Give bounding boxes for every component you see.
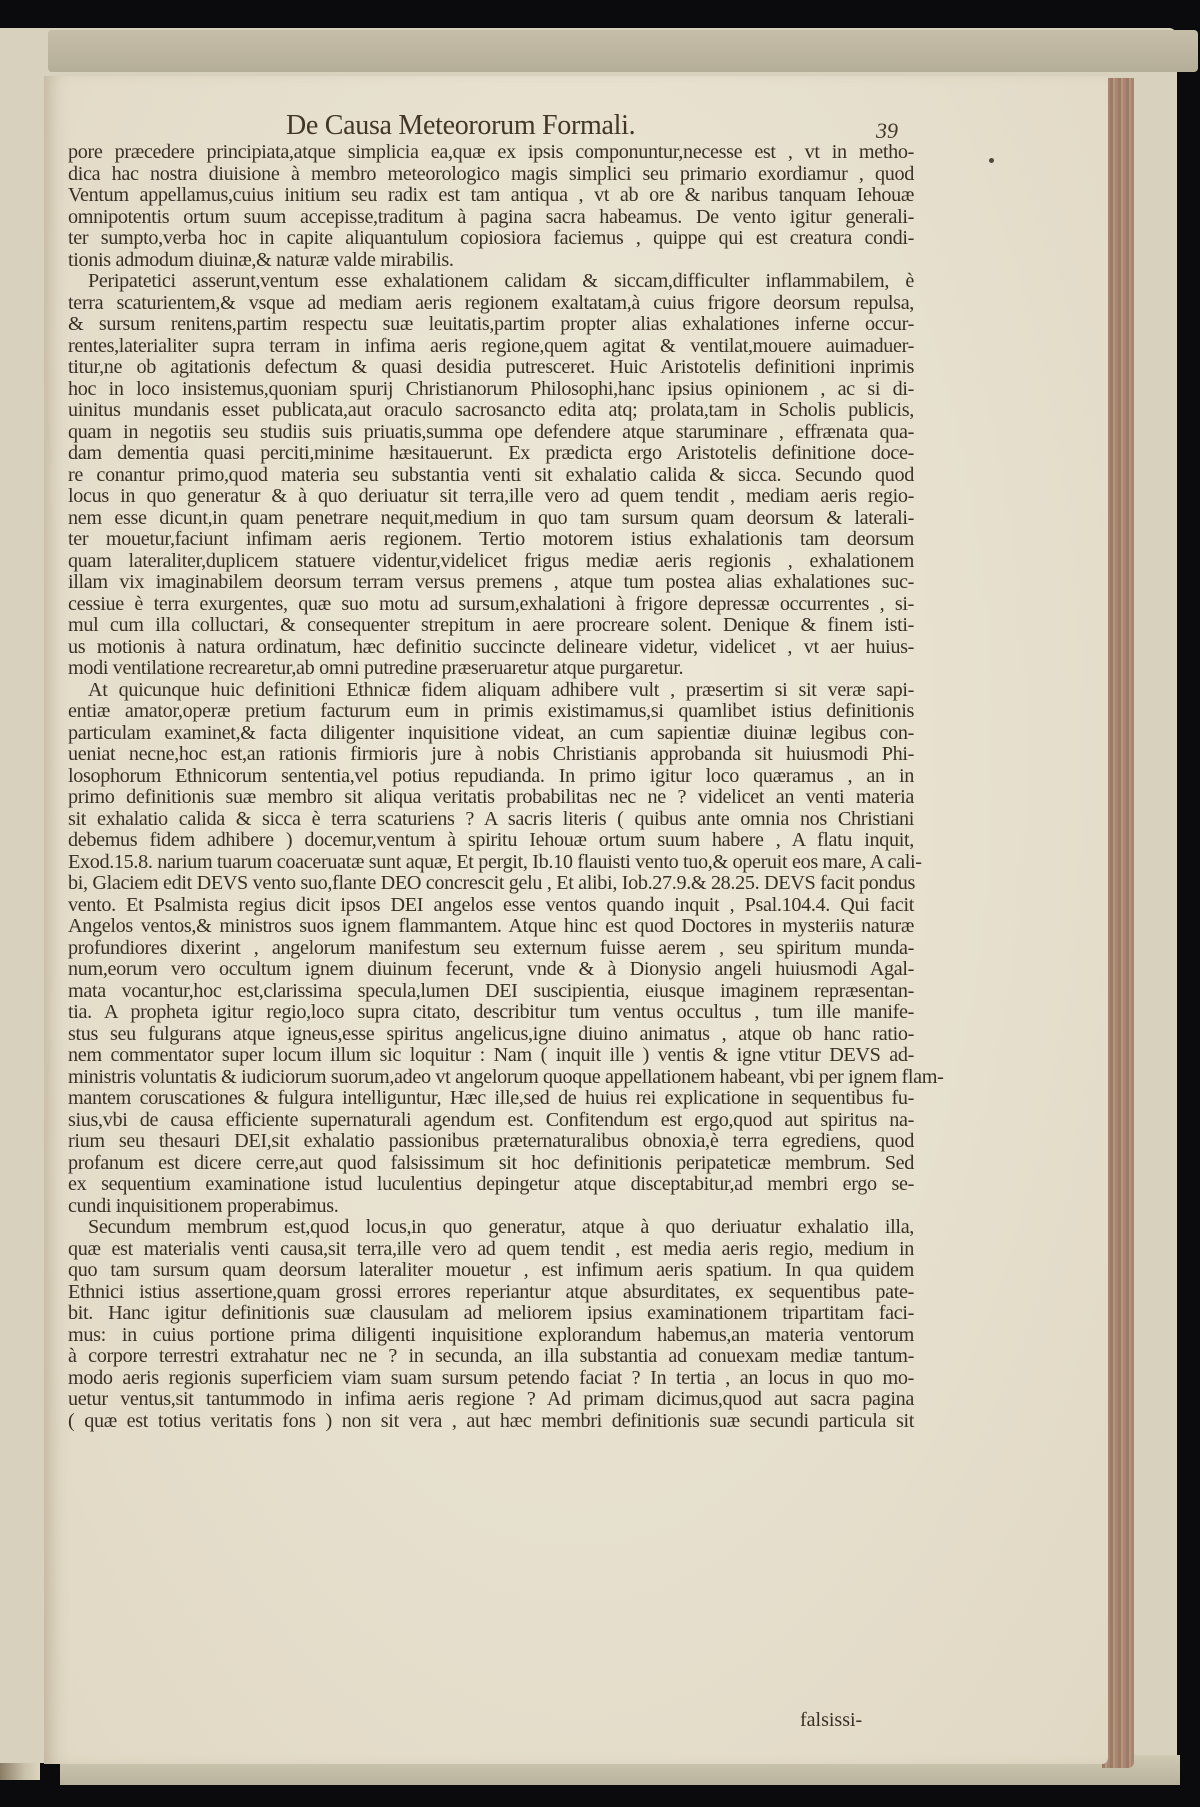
- text-line: vento. Et Psalmista regius dicit ipsos D…: [68, 895, 914, 917]
- cover-top-edge: [48, 30, 1198, 72]
- text-line: rium seu thesauri DEI,sit exhalatio pass…: [68, 1131, 914, 1153]
- text-line: & sursum renitens,partim respectu suæ le…: [68, 314, 914, 336]
- running-head: De Causa Meteororum Formali.: [286, 110, 635, 142]
- text-line: sit exhalatio calida & sicca è terra sca…: [68, 809, 914, 831]
- catchword: falsissi-: [800, 1709, 862, 1732]
- text-line: ex sequentium examinatione istud luculen…: [68, 1174, 914, 1196]
- text-line: cessiue è terra exurgentes, quæ suo motu…: [68, 594, 914, 616]
- text-line: modo aeris regionis superficiem viam sua…: [68, 1368, 914, 1390]
- text-line: primo definitionis suæ membro sit aliqua…: [68, 787, 914, 809]
- text-line: re conantur primo,quod materia seu subst…: [68, 465, 914, 487]
- ink-speck: [989, 158, 994, 163]
- text-line: dam dementia quasi perciti,minime hæsita…: [68, 443, 914, 465]
- text-line: stus seu fulgurans atque igneus,esse spi…: [68, 1024, 914, 1046]
- text-line: Exod.15.8. narium tuarum coaceruatæ sunt…: [68, 852, 914, 874]
- text-line: mantem coruscationes & fulgura intelligu…: [68, 1088, 914, 1110]
- text-line: quo tam sursum quam deorsum lateraliter …: [68, 1260, 914, 1282]
- text-line: particulam examinet,& facta diligenter i…: [68, 723, 914, 745]
- text-line: us motionis à natura ordinatum, hæc defi…: [68, 637, 914, 659]
- text-line: profanum est dicere cerre,aut quod falsi…: [68, 1153, 914, 1175]
- text-line: losophorum Ethnicorum sententia,vel poti…: [68, 766, 914, 788]
- text-line: profundiores dixerint , angelorum manife…: [68, 938, 914, 960]
- text-line: titur,ne ob agitationis defectum & quasi…: [68, 357, 914, 379]
- text-line: ( quæ est totius veritatis fons ) non si…: [68, 1411, 914, 1433]
- text-line: à corpore terrestri extrahatur nec ne ? …: [68, 1346, 914, 1368]
- text-line: pore præcedere principiata,atque simplic…: [68, 142, 914, 164]
- text-line: Ventum appellamus,cuius initium seu radi…: [68, 185, 914, 207]
- text-line: tia. A propheta igitur regio,loco supra …: [68, 1002, 914, 1024]
- text-line: num,eorum vero occultum ignem diuinum fe…: [68, 959, 914, 981]
- text-line: bit. Hanc igitur definitionis suæ clausu…: [68, 1303, 914, 1325]
- text-line: quam lateraliter,duplicem statuere viden…: [68, 551, 914, 573]
- text-line: terra scaturientem,& vsque ad mediam aer…: [68, 293, 914, 315]
- text-line: Peripatetici asserunt,ventum esse exhala…: [68, 271, 914, 293]
- text-line: Angelos ventos,& ministros suos ignem fl…: [68, 916, 914, 938]
- text-line: uinitus mundanis esset publicata,aut ora…: [68, 400, 914, 422]
- text-line: tionis admodum diuinæ,& naturæ valde mir…: [68, 250, 914, 272]
- text-line: hoc in loco insistemus,quoniam spurij Ch…: [68, 379, 914, 401]
- text-line: modi ventilatione recrearetur,ab omni pu…: [68, 658, 914, 680]
- text-line: At quicunque huic definitioni Ethnicæ fi…: [68, 680, 914, 702]
- text-line: uetur ventus,sit tantummodo in infima ae…: [68, 1389, 914, 1411]
- text-line: Ethnici istius assertione,quam grossi er…: [68, 1282, 914, 1304]
- text-line: debemus fidem adhibere ) docemur,ventum …: [68, 830, 914, 852]
- text-line: quam in negotiis seu studiis suis priuat…: [68, 422, 914, 444]
- text-line: mata vocantur,hoc est,clarissima specula…: [68, 981, 914, 1003]
- text-line: omnipotentis ortum suum accepisse,tradit…: [68, 207, 914, 229]
- text-line: cundi inquisitionem properabimus.: [68, 1196, 914, 1218]
- text-line: dica hac nostra diuisione à membro meteo…: [68, 164, 914, 186]
- text-line: locus in quo generatur & à quo deriuatur…: [68, 486, 914, 508]
- text-line: ter sumpto,verba hoc in capite aliquantu…: [68, 228, 914, 250]
- text-line: ter mouetur,faciunt infimam aeris region…: [68, 529, 914, 551]
- text-line: nem commentator super locum illum sic lo…: [68, 1045, 914, 1067]
- text-line: Secundum membrum est,quod locus,in quo g…: [68, 1217, 914, 1239]
- text-line: mus: in cuius portione prima diligenti i…: [68, 1325, 914, 1347]
- page-body-text: pore præcedere principiata,atque simplic…: [68, 142, 914, 1432]
- text-line: entiæ amator,operæ pretium facturum eum …: [68, 701, 914, 723]
- text-line: nem esse dicunt,in quam penetrare nequit…: [68, 508, 914, 530]
- text-line: illam vix imaginabilem deorsum terram ve…: [68, 572, 914, 594]
- text-line: sius,vbi de causa efficiente supernatura…: [68, 1110, 914, 1132]
- text-line: rentes,laterialiter supra terram in infi…: [68, 336, 914, 358]
- text-line: ministris voluntatis & iudiciorum suorum…: [68, 1067, 914, 1089]
- text-line: quæ est materialis venti causa,sit terra…: [68, 1239, 914, 1261]
- text-line: ueniat necne,hoc est,an rationis firmior…: [68, 744, 914, 766]
- text-line: mul cum illa colluctari, & consequenter …: [68, 615, 914, 637]
- text-line: bi, Glaciem edit DEVS vento suo,flante D…: [68, 873, 914, 895]
